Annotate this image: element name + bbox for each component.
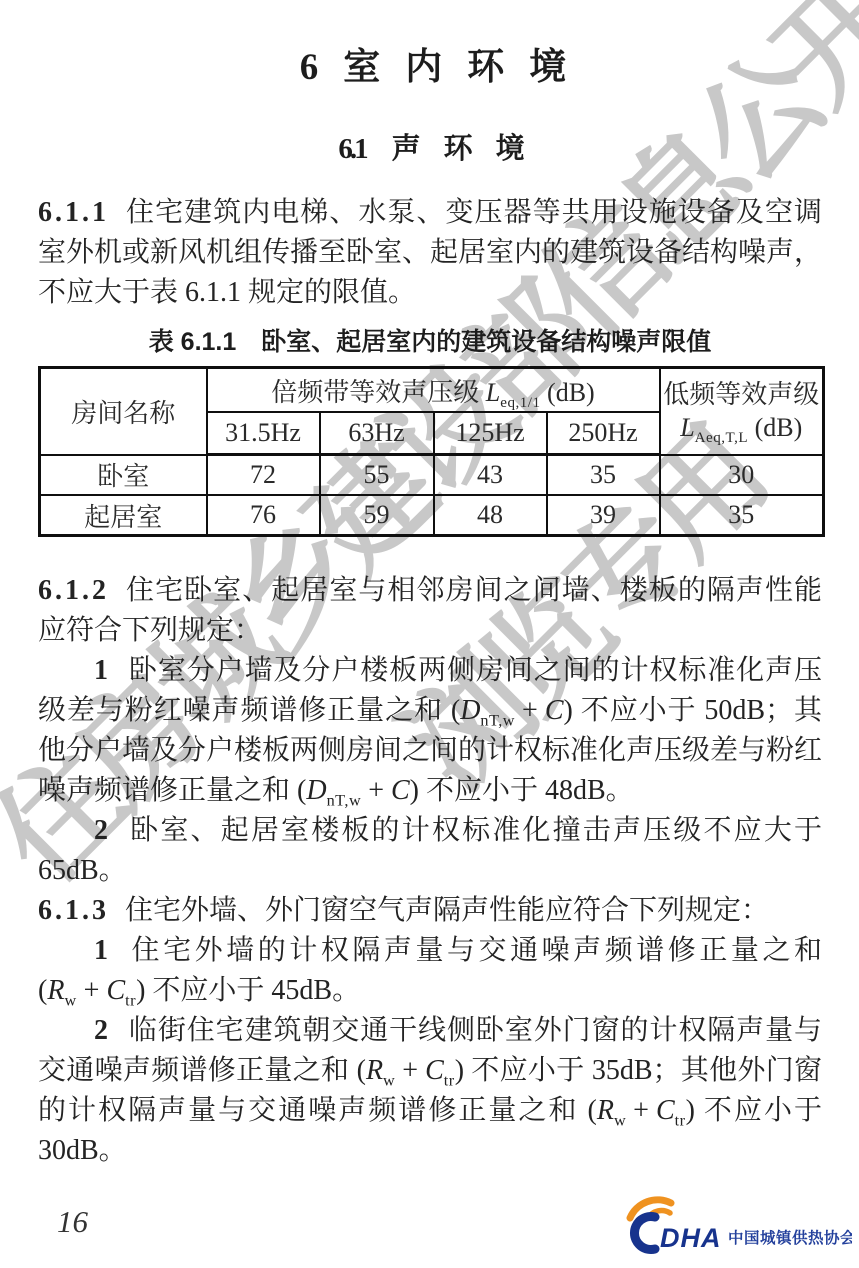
item-text: ) 不应小于 48dB。 xyxy=(410,775,634,806)
item-text: ) 不应小于 45dB。 xyxy=(136,975,360,1006)
lowfreq-subscript: Aeq,T,L xyxy=(695,430,748,446)
math-symbol: C xyxy=(656,1095,675,1126)
math-subscript: nT,w xyxy=(327,792,362,810)
freq-col-250hz: 250Hz xyxy=(547,412,660,455)
page-content: 6 室 内 环 境 6.1 声 环 境 6.1.1住宅建筑内电梯、水泵、变压器等… xyxy=(0,0,859,1268)
section-title: 6.1 声 环 境 xyxy=(38,132,822,167)
math-Rw-plus-Ctr: Rw+Ctr xyxy=(597,1095,686,1126)
math-subscript: tr xyxy=(125,992,136,1010)
math-subscript: tr xyxy=(675,1112,686,1130)
value-cell: 35 xyxy=(660,495,824,536)
math-symbol: R xyxy=(597,1095,614,1126)
math-DnTw-plus-C: DnT,w+C xyxy=(306,775,409,806)
clause-6-1-2-item-1: 1卧室分户墙及分户楼板两侧房间之间的计权标准化声压级差与粉红噪声频谱修正量之和 … xyxy=(38,651,822,811)
freq-col-31-5hz: 31.5Hz xyxy=(207,412,320,455)
table-header-octave: 倍频带等效声压级 Leq,1/1 (dB) xyxy=(207,368,660,413)
math-Rw-plus-Ctr: Rw+Ctr xyxy=(366,1055,455,1086)
item-number: 2 xyxy=(94,815,108,846)
table-row: 卧室 72 55 43 35 30 xyxy=(40,455,824,496)
math-symbol: D xyxy=(306,775,326,806)
value-cell: 43 xyxy=(434,455,547,496)
page-number: 16 xyxy=(57,1204,88,1240)
math-operator: + xyxy=(522,695,538,726)
item-number: 2 xyxy=(94,1015,108,1046)
math-subscript: w xyxy=(614,1112,626,1130)
lowfreq-unit: (dB) xyxy=(748,413,802,442)
cdha-logo-icon: DHA 中国城镇供热协会 xyxy=(616,1196,852,1260)
room-name: 卧室 xyxy=(40,455,207,496)
lowfreq-symbol-line: LAeq,T,L (dB) xyxy=(661,411,823,444)
table-header-lowfreq: 低频等效声级 LAeq,T,L (dB) xyxy=(660,368,824,455)
math-symbol: C xyxy=(545,695,564,726)
clause-text: 住宅外墙、外门窗空气声隔声性能应符合下列规定： xyxy=(125,895,769,926)
clause-number: 6.1.2 xyxy=(38,575,109,606)
value-cell: 30 xyxy=(660,455,824,496)
math-Rw-plus-Ctr: Rw+Ctr xyxy=(47,975,136,1006)
item-text: 卧室、起居室楼板的计权标准化撞击声压级不应大于 65dB。 xyxy=(38,815,822,886)
room-name: 起居室 xyxy=(40,495,207,536)
clause-number: 6.1.3 xyxy=(38,895,109,926)
clause-text: 住宅卧室、起居室与相邻房间之间墙、楼板的隔声性能应符合下列规定： xyxy=(38,575,822,646)
math-subscript: nT,w xyxy=(480,712,515,730)
value-cell: 55 xyxy=(320,455,434,496)
value-cell: 48 xyxy=(434,495,547,536)
math-operator: + xyxy=(402,1055,418,1086)
value-cell: 76 xyxy=(207,495,320,536)
math-subscript: w xyxy=(64,992,76,1010)
table-caption: 表 6.1.1 卧室、起居室内的建筑设备结构噪声限值 xyxy=(38,327,822,357)
value-cell: 35 xyxy=(547,455,660,496)
math-subscript: tr xyxy=(444,1072,455,1090)
math-symbol: C xyxy=(425,1055,444,1086)
octave-subscript: eq,1/1 xyxy=(500,395,540,411)
math-symbol: R xyxy=(366,1055,383,1086)
math-operator: + xyxy=(368,775,384,806)
math-symbol: D xyxy=(460,695,480,726)
math-symbol: C xyxy=(391,775,410,806)
octave-symbol: L xyxy=(486,378,500,407)
chapter-title: 6 室 内 环 境 xyxy=(38,46,822,90)
clause-6-1-1: 6.1.1住宅建筑内电梯、水泵、变压器等共用设施设备及空调室外机或新风机组传播至… xyxy=(38,193,822,313)
logo-org-name: 中国城镇供热协会 xyxy=(728,1228,852,1247)
clause-text: 住宅建筑内电梯、水泵、变压器等共用设施设备及空调室外机或新风机组传播至卧室、起居… xyxy=(38,197,822,308)
clause-number: 6.1.1 xyxy=(38,197,109,228)
clause-6-1-3-item-1: 1住宅外墙的计权隔声量与交通噪声频谱修正量之和 (Rw+Ctr) 不应小于 45… xyxy=(38,931,822,1011)
clause-6-1-2-intro: 6.1.2住宅卧室、起居室与相邻房间之间墙、楼板的隔声性能应符合下列规定： xyxy=(38,571,822,651)
clause-6-1-2-item-2: 2卧室、起居室楼板的计权标准化撞击声压级不应大于 65dB。 xyxy=(38,811,822,891)
math-symbol: R xyxy=(47,975,64,1006)
math-DnTw-plus-C: DnT,w+C xyxy=(460,695,563,726)
math-symbol: C xyxy=(106,975,125,1006)
item-number: 1 xyxy=(94,655,108,686)
document-page: 住房城乡建设部信息公开 浏览专用 6 室 内 环 境 6.1 声 环 境 6.1… xyxy=(0,0,859,1268)
lowfreq-symbol: L xyxy=(680,413,694,442)
math-subscript: w xyxy=(383,1072,395,1090)
value-cell: 39 xyxy=(547,495,660,536)
octave-unit: (dB) xyxy=(541,378,595,407)
item-number: 1 xyxy=(94,935,108,966)
logo-blue-crescent xyxy=(634,1217,655,1250)
math-operator: + xyxy=(633,1095,649,1126)
freq-col-63hz: 63Hz xyxy=(320,412,434,455)
structural-noise-limit-table: 房间名称 倍频带等效声压级 Leq,1/1 (dB) 低频等效声级 LAeq,T… xyxy=(38,366,825,537)
cdha-logo: DHA 中国城镇供热协会 xyxy=(616,1196,852,1260)
table-row: 起居室 76 59 48 39 35 xyxy=(40,495,824,536)
clause-6-1-3-intro: 6.1.3住宅外墙、外门窗空气声隔声性能应符合下列规定： xyxy=(38,891,822,931)
freq-col-125hz: 125Hz xyxy=(434,412,547,455)
value-cell: 59 xyxy=(320,495,434,536)
table-header-room: 房间名称 xyxy=(40,368,207,455)
octave-label: 倍频带等效声压级 xyxy=(271,378,486,407)
logo-acronym: DHA xyxy=(660,1223,722,1253)
value-cell: 72 xyxy=(207,455,320,496)
clause-6-1-3-item-2: 2临街住宅建筑朝交通干线侧卧室外门窗的计权隔声量与交通噪声频谱修正量之和 (Rw… xyxy=(38,1011,822,1171)
lowfreq-label: 低频等效声级 xyxy=(661,378,823,411)
math-operator: + xyxy=(84,975,100,1006)
